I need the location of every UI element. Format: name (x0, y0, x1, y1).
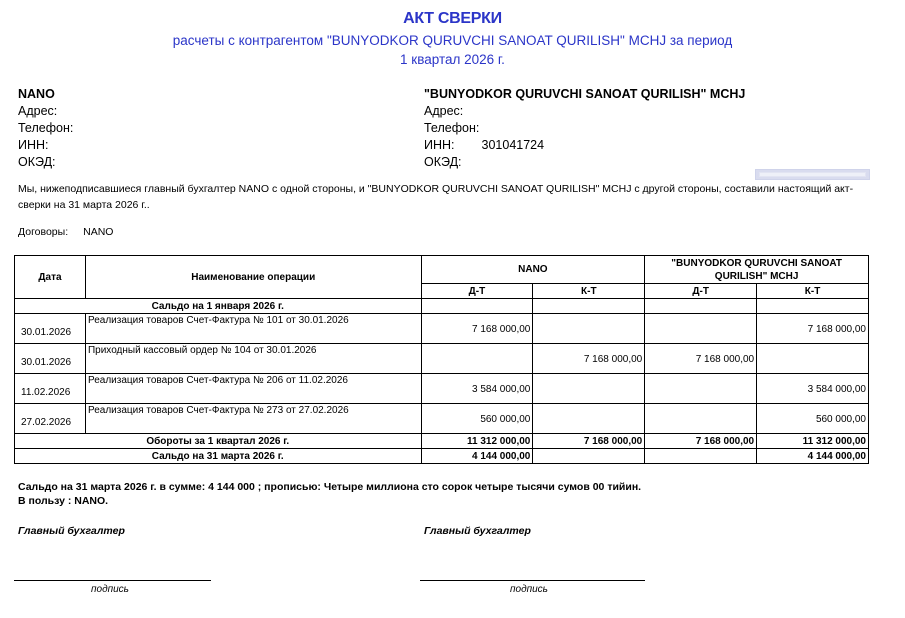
document-title: АКТ СВЕРКИ (0, 10, 905, 28)
col-group-left: NANO (421, 256, 645, 284)
signature-right-title: Главный бухгалтер (424, 525, 531, 537)
row-right-debit: 7 168 000,00 (645, 344, 757, 374)
row-right-credit (757, 344, 869, 374)
row-left-credit: 7 168 000,00 (533, 344, 645, 374)
turnover-row: Обороты за 1 квартал 2026 г. 11 312 000,… (15, 434, 869, 449)
signature-right-line (420, 580, 645, 581)
party-right-name: "BUNYODKOR QURUVCHI SANOAT QURILISH" MCH… (424, 86, 745, 103)
row-date: 27.02.2026 (15, 404, 86, 434)
scrollbar-thumb[interactable] (759, 172, 866, 177)
party-left-inn: ИНН: (18, 137, 77, 154)
closing-balance-row: Сальдо на 31 марта 2026 г. 4 144 000,00 … (15, 449, 869, 464)
turnover-label: Обороты за 1 квартал 2026 г. (15, 434, 422, 449)
table-row: 11.02.2026Реализация товаров Счет-Фактур… (15, 374, 869, 404)
col-header-left-credit: К-Т (533, 284, 645, 299)
opening-balance-label: Сальдо на 1 января 2026 г. (15, 299, 422, 314)
col-header-left-debit: Д-Т (421, 284, 533, 299)
signature-left-line (14, 580, 211, 581)
party-left-address: Адрес: (18, 103, 77, 120)
intro-paragraph: Мы, нижеподписавшиеся главный бухгалтер … (18, 181, 878, 213)
col-header-date: Дата (15, 256, 86, 299)
table-row: 27.02.2026Реализация товаров Счет-Фактур… (15, 404, 869, 434)
party-right-inn: ИНН:301041724 (424, 137, 745, 154)
row-right-credit: 560 000,00 (757, 404, 869, 434)
row-date: 11.02.2026 (15, 374, 86, 404)
row-right-credit: 3 584 000,00 (757, 374, 869, 404)
row-date: 30.01.2026 (15, 344, 86, 374)
col-header-right-credit: К-Т (757, 284, 869, 299)
signature-left-title: Главный бухгалтер (18, 525, 125, 537)
row-operation: Реализация товаров Счет-Фактура № 101 от… (85, 314, 421, 344)
row-left-credit (533, 374, 645, 404)
row-right-debit (645, 374, 757, 404)
party-left-name: NANO (18, 86, 77, 103)
row-operation: Реализация товаров Счет-Фактура № 206 от… (85, 374, 421, 404)
row-right-debit (645, 314, 757, 344)
row-left-credit (533, 314, 645, 344)
row-right-debit (645, 404, 757, 434)
table-row: 30.01.2026Реализация товаров Счет-Фактур… (15, 314, 869, 344)
col-header-operation: Наименование операции (85, 256, 421, 299)
signature-right-caption: подпись (510, 584, 548, 595)
row-operation: Реализация товаров Счет-Фактура № 273 от… (85, 404, 421, 434)
party-left-phone: Телефон: (18, 120, 77, 137)
contracts: Договоры:NANO (18, 226, 113, 238)
col-header-right-debit: Д-Т (645, 284, 757, 299)
document-subtitle: расчеты с контрагентом "BUNYODKOR QURUVC… (0, 33, 905, 48)
party-right-okved: ОКЭД: (424, 154, 745, 171)
balance-summary: Сальдо на 31 марта 2026 г. в сумме: 4 14… (18, 480, 641, 508)
row-operation: Приходный кассовый ордер № 104 от 30.01.… (85, 344, 421, 374)
balance-summary-amount: Сальдо на 31 марта 2026 г. в сумме: 4 14… (18, 480, 641, 494)
party-right: "BUNYODKOR QURUVCHI SANOAT QURILISH" MCH… (424, 86, 745, 171)
party-left: NANO Адрес: Телефон: ИНН: ОКЭД: (18, 86, 77, 171)
horizontal-scrollbar[interactable] (755, 169, 870, 180)
row-left-debit (421, 344, 533, 374)
party-right-phone: Телефон: (424, 120, 745, 137)
opening-balance-row: Сальдо на 1 января 2026 г. (15, 299, 869, 314)
party-left-okved: ОКЭД: (18, 154, 77, 171)
balance-summary-beneficiary: В пользу : NANO. (18, 494, 641, 508)
row-left-debit: 560 000,00 (421, 404, 533, 434)
row-date: 30.01.2026 (15, 314, 86, 344)
row-left-debit: 7 168 000,00 (421, 314, 533, 344)
contracts-label: Договоры: (18, 226, 68, 238)
signature-left-caption: подпись (91, 584, 129, 595)
closing-balance-label: Сальдо на 31 марта 2026 г. (15, 449, 422, 464)
table-row: 30.01.2026Приходный кассовый ордер № 104… (15, 344, 869, 374)
row-right-credit: 7 168 000,00 (757, 314, 869, 344)
contracts-value: NANO (83, 226, 113, 238)
party-right-address: Адрес: (424, 103, 745, 120)
row-left-credit (533, 404, 645, 434)
reconciliation-table: Дата Наименование операции NANO "BUNYODK… (14, 255, 869, 464)
document-period: 1 квартал 2026 г. (0, 52, 905, 67)
col-group-right: "BUNYODKOR QURUVCHI SANOAT QURILISH" MCH… (645, 256, 869, 284)
row-left-debit: 3 584 000,00 (421, 374, 533, 404)
